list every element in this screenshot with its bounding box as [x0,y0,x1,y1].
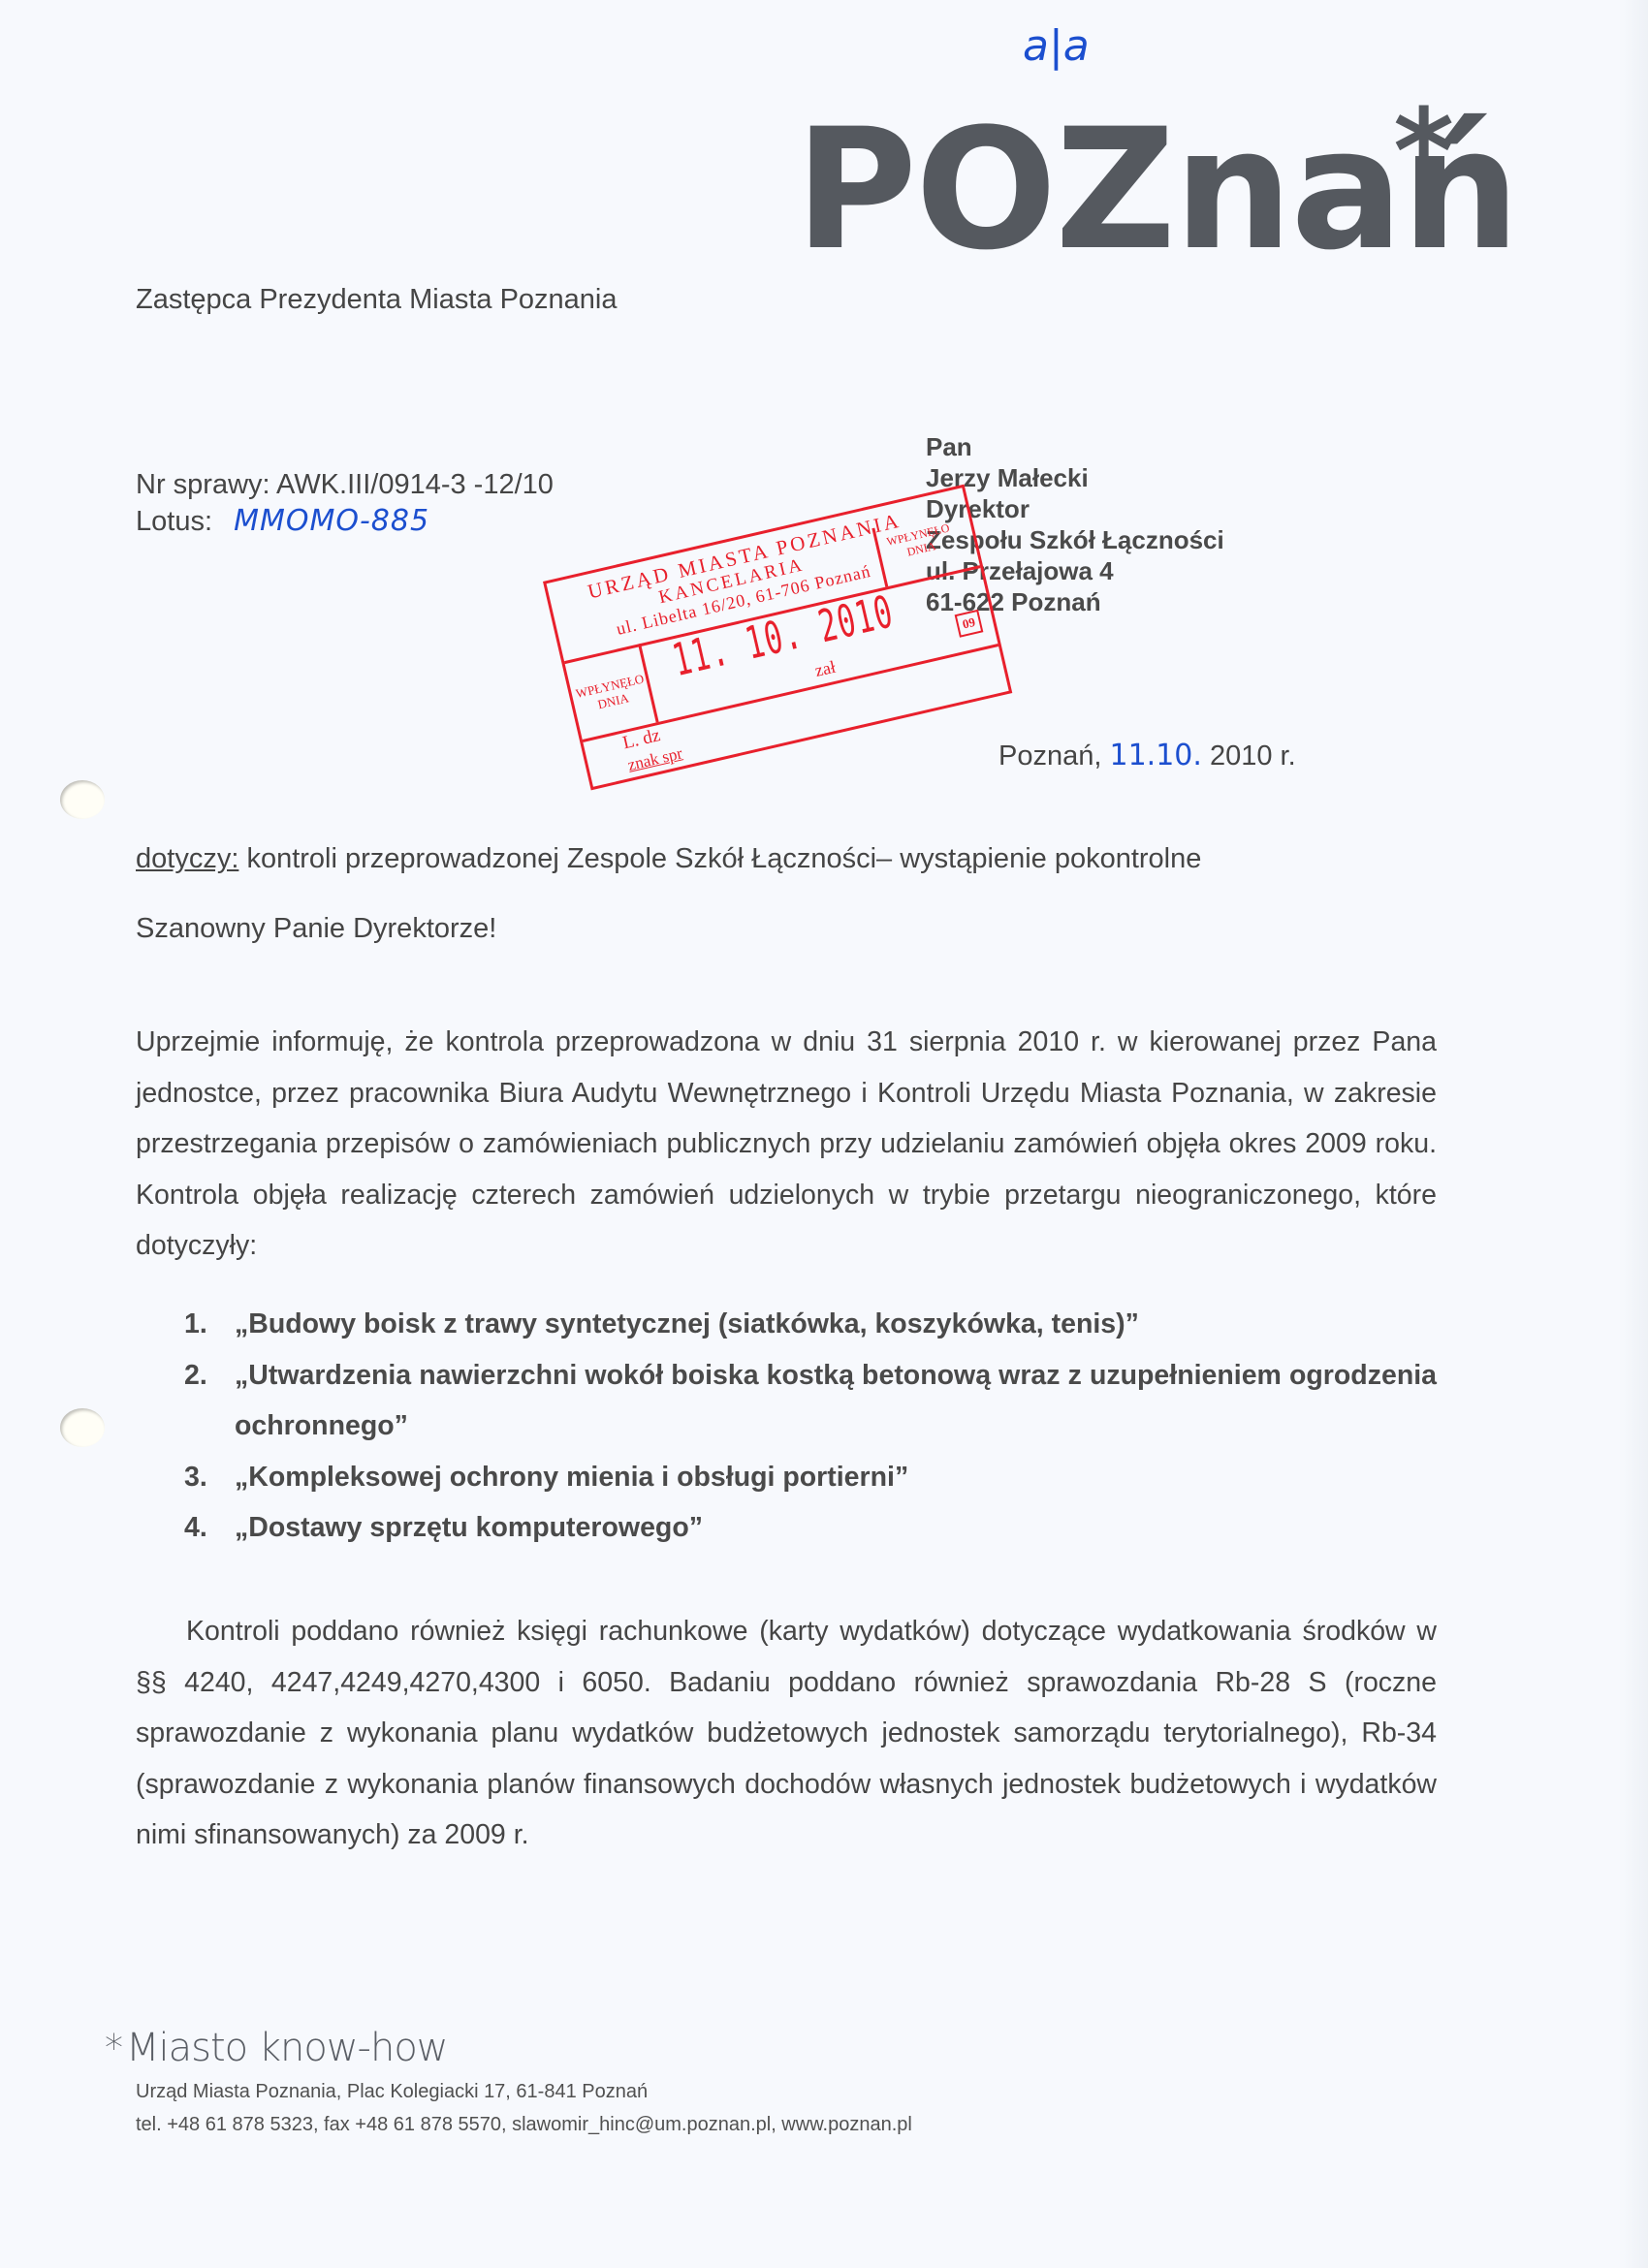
footer-tagline: *Miasto know-how [105,2026,448,2070]
list-item: 3. „Kompleksowej ochrony mienia i obsług… [184,1452,1437,1503]
paragraph-scope: Kontroli poddano również księgi rachunko… [136,1606,1437,1861]
list-text: „Dostawy sprzętu komputerowego” [235,1502,1437,1554]
date-year: 2010 r. [1210,740,1296,772]
orders-list: 1. „Budowy boisk z trawy syntetycznej (s… [184,1299,1437,1554]
lotus-label: Lotus: [136,506,212,537]
lotus-number: Lotus: MMOMO-885 [136,504,429,538]
page-edge [1619,0,1648,2268]
poznan-logo: POZnań * [795,107,1464,262]
footer-contact: tel. +48 61 878 5323, fax +48 61 878 557… [136,2114,912,2136]
asterisk-icon: * [105,2027,122,2069]
addressee-line: Pan [926,431,1224,462]
list-text: „Kompleksowej ochrony mienia i obsługi p… [235,1452,1437,1503]
list-item: 1. „Budowy boisk z trawy syntetycznej (s… [184,1299,1437,1350]
handwritten-mark: a|a [1023,21,1090,71]
stamp-zal-label: zał [813,657,838,681]
list-item: 2. „Utwardzenia nawierzchni wokół boiska… [184,1350,1437,1452]
greeting: Szanowny Panie Dyrektorze! [136,913,496,945]
stamp-box-number: 09 [955,610,984,638]
list-number: 1. [184,1299,235,1350]
asterisk-icon: * [1393,95,1454,211]
date-city: Poznań, [998,740,1101,772]
subject-text: kontroli przeprowadzonej Zespole Szkół Ł… [246,843,1201,874]
addressee-line: Jerzy Małecki [926,462,1224,493]
punch-hole [60,1408,105,1447]
subject-label: dotyczy: [136,843,238,874]
date-handwritten: 11.10. [1109,739,1201,772]
subject-line: dotyczy: kontroli przeprowadzonej Zespol… [136,843,1201,875]
case-number: Nr sprawy: AWK.III/0914-3 -12/10 [136,469,554,501]
list-text: „Utwardzenia nawierzchni wokół boiska ko… [235,1350,1437,1452]
footer-address: Urząd Miasta Poznania, Plac Kolegiacki 1… [136,2081,648,2103]
punch-hole [60,780,105,819]
sender-title: Zastępca Prezydenta Miasta Poznania [136,284,618,316]
footer-tagline-text: Miasto know-how [126,2026,448,2070]
list-number: 3. [184,1452,235,1503]
lotus-value: MMOMO-885 [234,504,429,538]
list-number: 2. [184,1350,235,1452]
case-number-label: Nr sprawy: [136,469,270,500]
list-text: „Budowy boisk z trawy syntetycznej (siat… [235,1299,1437,1350]
received-stamp: URZĄD MIASTA POZNANIA KANCELARIA ul. Lib… [543,485,1012,791]
list-item: 4. „Dostawy sprzętu komputerowego” [184,1502,1437,1554]
stamp-received-label: WPŁYNĘŁO DNIA [574,671,649,716]
paragraph-intro: Uprzejmie informuję, że kontrola przepro… [136,1017,1437,1272]
letter-date: Poznań, 11.10. 2010 r. [998,739,1296,772]
case-number-value: AWK.III/0914-3 -12/10 [276,469,554,500]
list-number: 4. [184,1502,235,1554]
